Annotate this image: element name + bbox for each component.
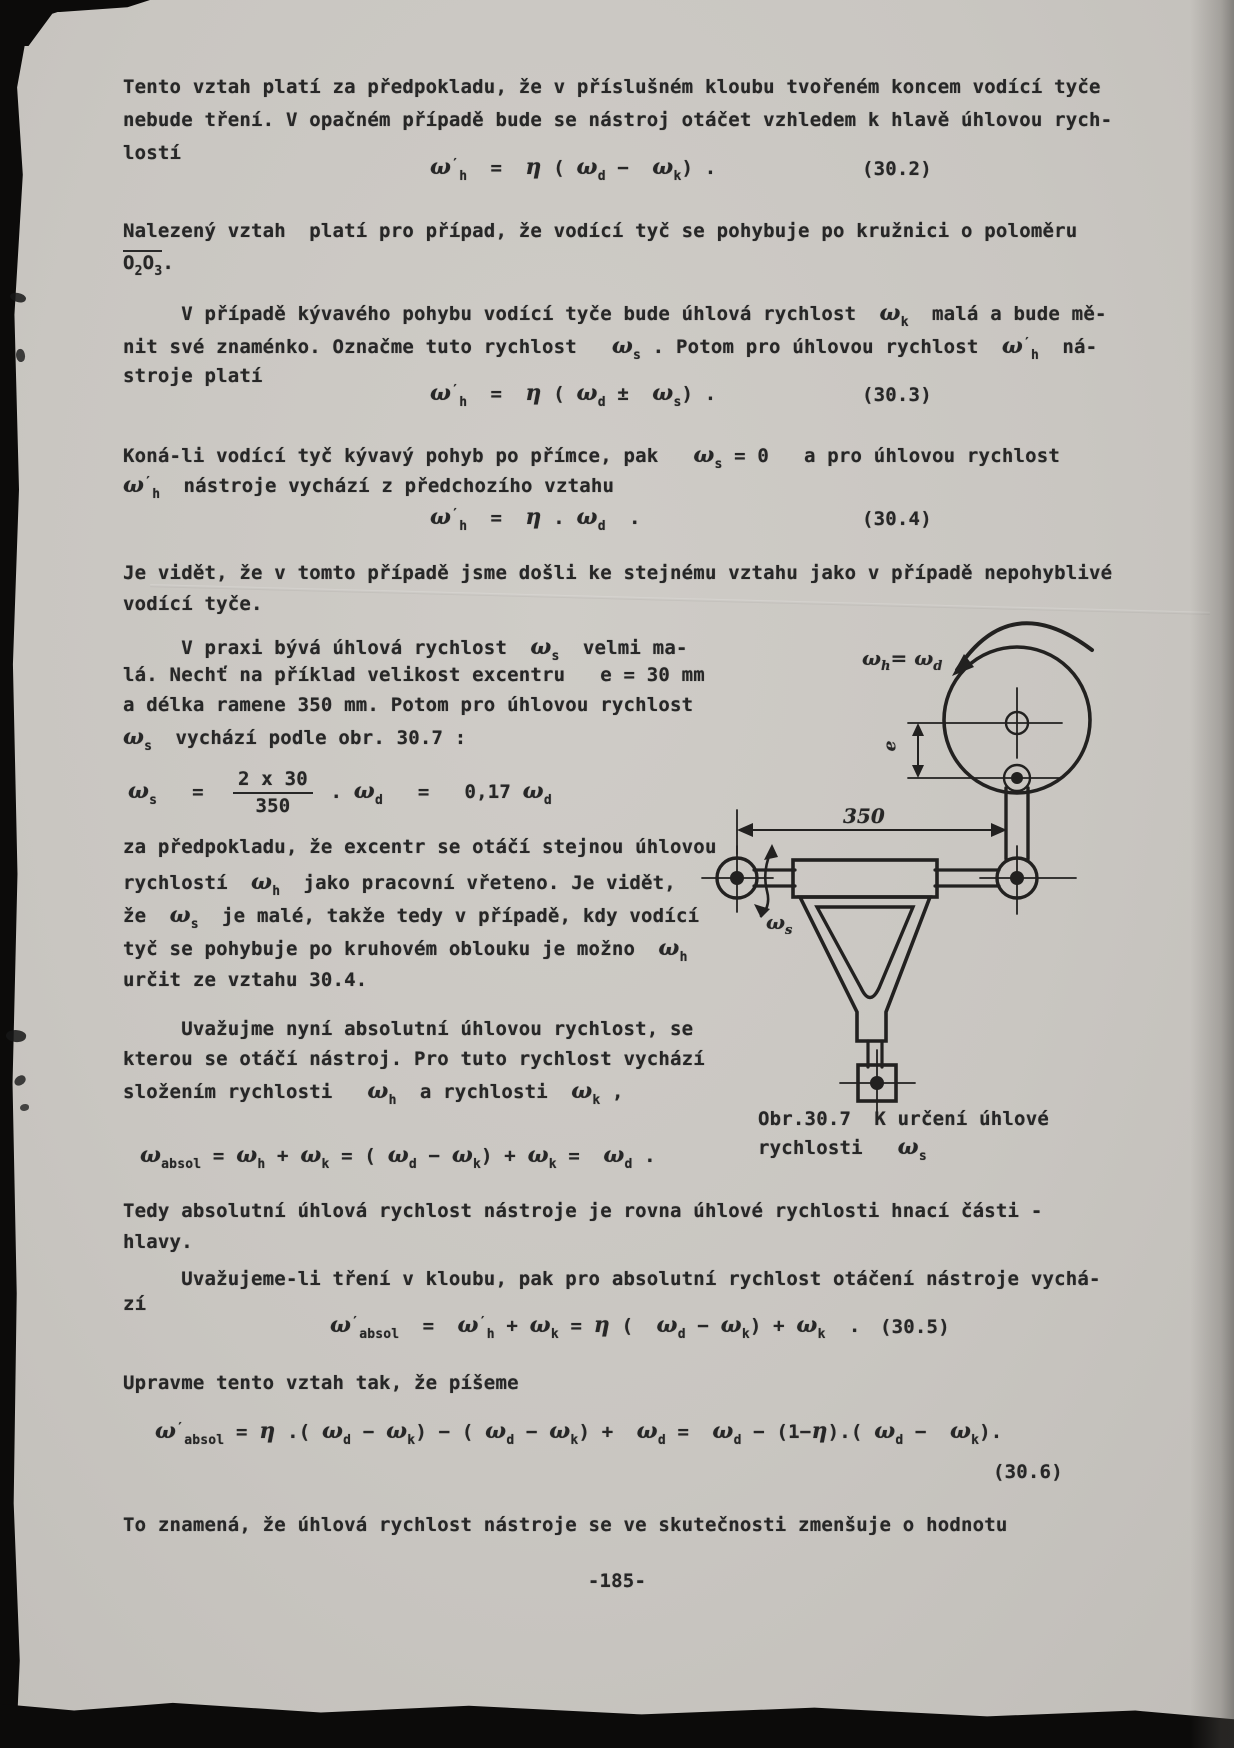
text-line: hlavy.	[123, 1233, 193, 1252]
text-line: To znamená, že úhlová rychlost nástroje …	[123, 1516, 1008, 1535]
text-line: Uvažujme nyní absolutní úhlovou rychlost…	[123, 1020, 693, 1039]
text-line: nebude tření. V opačném případě bude se …	[123, 111, 1112, 130]
text-line: V praxi bývá úhlová rychlost ωs velmi ma…	[123, 636, 688, 658]
fraction-numerator: 2 x 30	[233, 770, 313, 794]
equation-number-30-5: (30.5)	[880, 1318, 950, 1337]
eq-rhs: . ωd = 0,17 ωd	[319, 781, 552, 803]
period: .	[162, 252, 174, 274]
text-line: nit své znaménko. Označme tuto rychlost …	[123, 335, 1097, 357]
text-line: zí	[123, 1295, 146, 1314]
equation-number-30-3: (30.3)	[862, 386, 932, 405]
text-line: určit ze vztahu 30.4.	[123, 971, 367, 990]
text-line: Tedy absolutní úhlová rychlost nástroje …	[123, 1202, 1042, 1221]
text-line: že ωs je malé, takže tedy v případě, kdy…	[123, 904, 699, 926]
caption-line: Obr.30.7 K určení úhlové	[758, 1110, 1049, 1129]
label-eccentricity-e: e	[880, 741, 900, 752]
fraction-denominator: 350	[233, 794, 313, 816]
text-line: Nalezený vztah platí pro případ, že vodí…	[123, 222, 1077, 241]
text-line: rychlostí ωh jako pracovní vřeteno. Je v…	[123, 871, 676, 893]
text-line: a délka ramene 350 mm. Potom pro úhlovou…	[123, 696, 693, 715]
ink-speck	[14, 348, 26, 363]
scan-shadow-right	[1190, 0, 1234, 1748]
scanned-document-page: Tento vztah platí za předpokladu, že v p…	[0, 0, 1234, 1748]
text-line: kterou se otáčí nástroj. Pro tuto rychlo…	[123, 1050, 705, 1069]
equation-number-30-2: (30.2)	[862, 160, 932, 179]
figure-30-7: ωh= ωd e 350 ωs	[640, 560, 1110, 1130]
text-line: Uvažujeme-li tření v kloubu, pak pro abs…	[123, 1270, 1101, 1289]
equation-number-30-4: (30.4)	[862, 510, 932, 529]
scan-edge-top	[0, 0, 150, 12]
equation-30-6: ω′absol = η .( ωd − ωk) − ( ωd − ωk) + ω…	[155, 1420, 1002, 1442]
scan-edge-bottom	[0, 1700, 1234, 1748]
equation-30-4: ω′h = η . ωd .	[430, 506, 641, 528]
omega-s-arrow	[761, 851, 771, 916]
equation-number-30-6: (30.6)	[993, 1463, 1063, 1482]
equation-omega-absol: ωabsol = ωh + ωk = ( ωd − ωk) + ωk = ωd …	[140, 1144, 656, 1166]
v-bracket-outline	[800, 897, 930, 1041]
overlined-radius: O2O3	[123, 250, 162, 273]
text-line: tyč se pohybuje po kruhovém oblouku je m…	[123, 937, 688, 959]
equation-omega-s: ωs = 2 x 30350 . ωd = 0,17 ωd	[128, 770, 552, 816]
radius-symbol-line: O2O3.	[123, 250, 174, 273]
label-350: 350	[843, 804, 885, 828]
text-line: stroje platí	[123, 367, 263, 386]
equation-30-3: ω′h = η ( ωd ± ωs) .	[430, 382, 716, 404]
text-line: Upravme tento vztah tak, že píšeme	[123, 1374, 519, 1393]
text-line: Koná-li vodící tyč kývavý pohyb po přímc…	[123, 444, 1060, 466]
page-number: -185-	[0, 1572, 1234, 1591]
text-line: lostí	[123, 144, 181, 163]
text-line: ωs vychází podle obr. 30.7 :	[123, 726, 466, 748]
text-line: složením rychlosti ωh a rychlosti ωk ,	[123, 1080, 624, 1102]
eq-lhs: ωs =	[128, 781, 227, 803]
scan-edge-left	[0, 0, 38, 1748]
text-line: vodící tyče.	[123, 595, 263, 614]
ink-speck	[13, 1074, 28, 1087]
text-line: ω′h nástroje vychází z předchozího vztah…	[123, 474, 614, 496]
equation-30-5: ω′absol = ω′h + ωk = η ( ωd − ωk) + ωk .	[330, 1314, 861, 1336]
text-line: Tento vztah platí za předpokladu, že v p…	[123, 78, 1101, 97]
rocker-body	[793, 860, 937, 897]
text-line: V případě kývavého pohybu vodící tyče bu…	[123, 302, 1107, 324]
fraction: 2 x 30350	[233, 770, 313, 816]
ink-speck	[20, 1104, 29, 1111]
label-omega-h-equals-omega-d: ωh= ωd	[862, 646, 942, 674]
equation-30-2: ω′h = η ( ωd − ωk) .	[430, 156, 716, 178]
caption-line: rychlosti ωs	[758, 1136, 927, 1158]
text-line: za předpokladu, že excentr se otáčí stej…	[123, 838, 717, 857]
text-line: lá. Nechť na příklad velikost excentru e…	[123, 666, 705, 685]
label-omega-s: ωs	[766, 910, 792, 938]
